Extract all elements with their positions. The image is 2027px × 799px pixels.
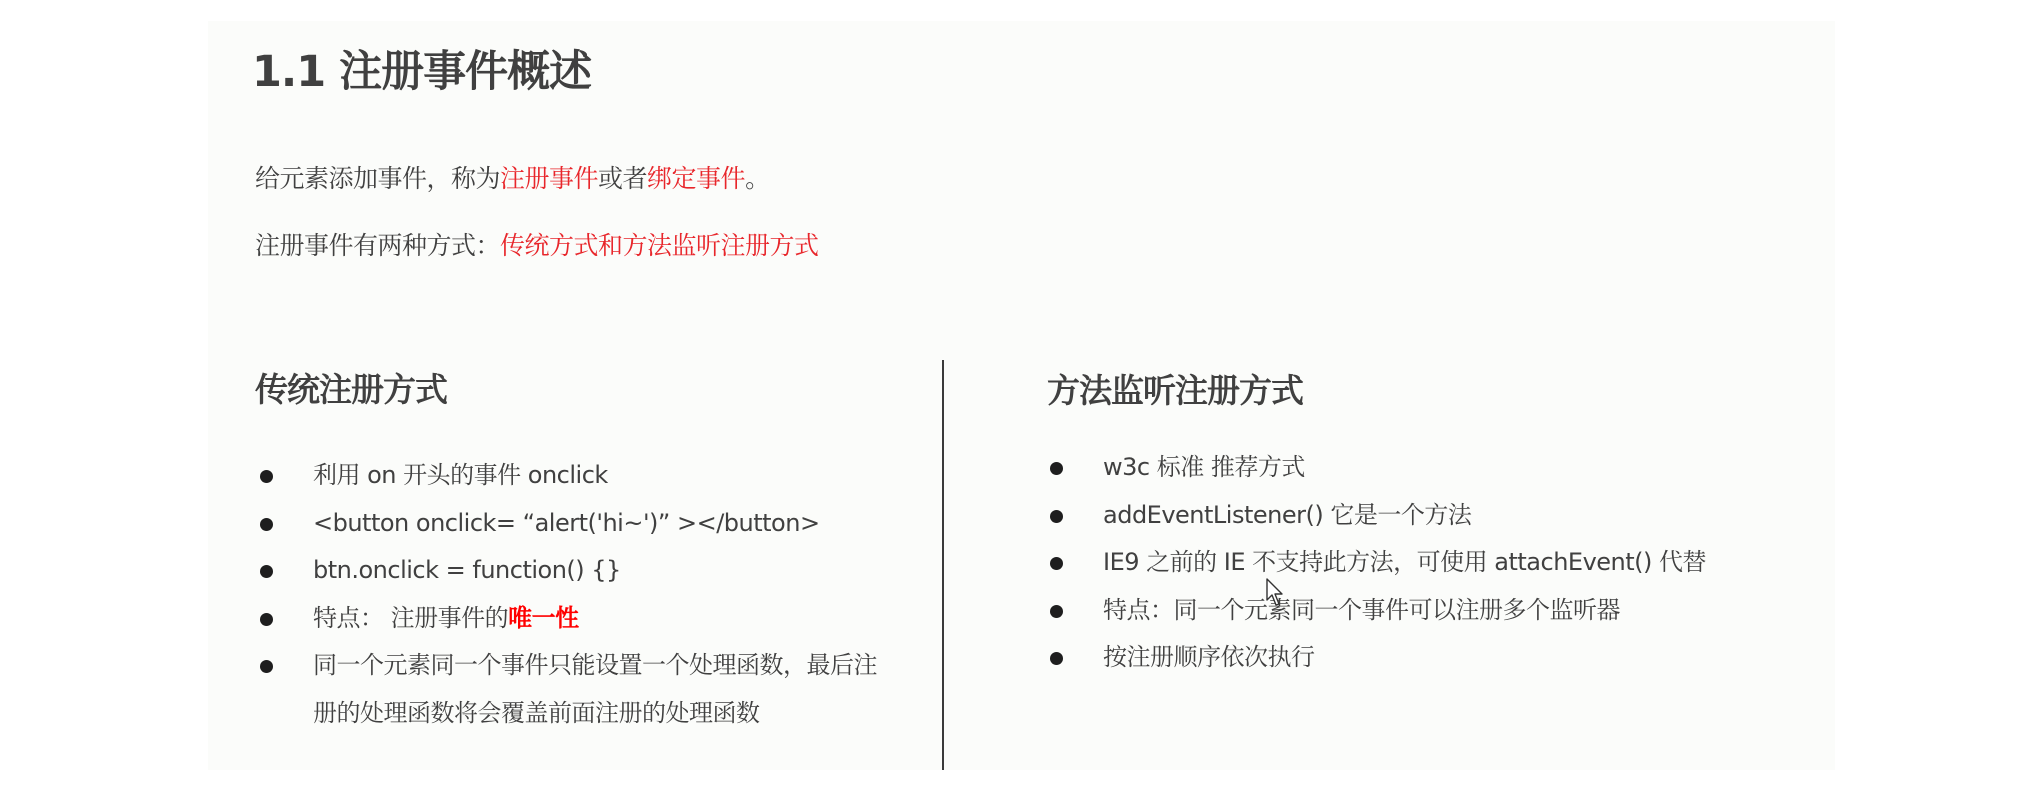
list-item: <button onclick= “alert('hi~')” ></butto…	[260, 500, 900, 548]
bullet-dot-icon	[1050, 652, 1063, 665]
traditional-registration-list: 利用 on 开头的事件 onclick <button onclick= “al…	[260, 452, 900, 737]
list-item: 特点： 注册事件的唯一性	[260, 595, 900, 643]
list-item: w3c 标准 推荐方式	[1050, 444, 1810, 492]
listener-registration-list: w3c 标准 推荐方式 addEventListener() 它是一个方法 IE…	[1050, 444, 1810, 682]
slide: 1.1 注册事件概述 给元素添加事件，称为注册事件或者绑定事件。 注册事件有两种…	[208, 21, 1835, 770]
mouse-pointer-icon	[1266, 578, 1286, 608]
bullet-dot-icon	[260, 470, 273, 483]
list-item-text: 特点： 注册事件的	[313, 604, 508, 632]
bullet-dot-icon	[260, 660, 273, 673]
list-item-text: addEventListener() 它是一个方法	[1103, 501, 1471, 529]
list-item: btn.onclick = function() {}	[260, 547, 900, 595]
bullet-dot-icon	[260, 565, 273, 578]
bullet-dot-icon	[1050, 510, 1063, 523]
bullet-dot-icon	[260, 518, 273, 531]
list-item: 特点：同一个元素同一个事件可以注册多个监听器	[1050, 587, 1810, 635]
listener-registration-heading: 方法监听注册方式	[1047, 371, 1303, 411]
intro-line-1-prefix: 给元素添加事件，称为	[255, 164, 500, 193]
list-item-text: 按注册顺序依次执行	[1103, 643, 1315, 671]
traditional-registration-heading: 传统注册方式	[255, 370, 447, 410]
intro-line-1-middle: 或者	[598, 164, 647, 193]
bullet-dot-icon	[1050, 605, 1063, 618]
list-item-text: btn.onclick = function() {}	[313, 556, 621, 584]
list-item-text: <button onclick= “alert('hi~')” ></butto…	[313, 509, 820, 537]
bullet-dot-icon	[1050, 557, 1063, 570]
intro-highlight-bind-event: 绑定事件	[647, 164, 745, 193]
list-item: addEventListener() 它是一个方法	[1050, 492, 1810, 540]
list-item-text: 同一个元素同一个事件只能设置一个处理函数，最后注册的处理函数将会覆盖前面注册的处…	[313, 651, 877, 727]
list-item: 按注册顺序依次执行	[1050, 634, 1810, 682]
list-item: 同一个元素同一个事件只能设置一个处理函数，最后注册的处理函数将会覆盖前面注册的处…	[260, 642, 900, 737]
intro-highlight-two-ways: 传统方式和方法监听注册方式	[500, 231, 819, 260]
intro-line-2: 注册事件有两种方式：传统方式和方法监听注册方式	[255, 230, 819, 262]
intro-line-1: 给元素添加事件，称为注册事件或者绑定事件。	[255, 163, 770, 195]
list-item: 利用 on 开头的事件 onclick	[260, 452, 900, 500]
uniqueness-highlight: 唯一性	[508, 604, 579, 632]
intro-highlight-register-event: 注册事件	[500, 164, 598, 193]
bullet-dot-icon	[1050, 462, 1063, 475]
list-item-text: w3c 标准 推荐方式	[1103, 453, 1305, 481]
intro-line-2-prefix: 注册事件有两种方式：	[255, 231, 500, 260]
slide-title: 1.1 注册事件概述	[252, 47, 591, 97]
intro-line-1-suffix: 。	[745, 164, 770, 193]
column-divider	[942, 360, 944, 770]
list-item: IE9 之前的 IE 不支持此方法，可使用 attachEvent() 代替	[1050, 539, 1810, 587]
list-item-text: 利用 on 开头的事件 onclick	[313, 461, 608, 489]
list-item-text: 特点：同一个元素同一个事件可以注册多个监听器	[1103, 596, 1620, 624]
list-item-text: IE9 之前的 IE 不支持此方法，可使用 attachEvent() 代替	[1103, 548, 1706, 576]
bullet-dot-icon	[260, 613, 273, 626]
